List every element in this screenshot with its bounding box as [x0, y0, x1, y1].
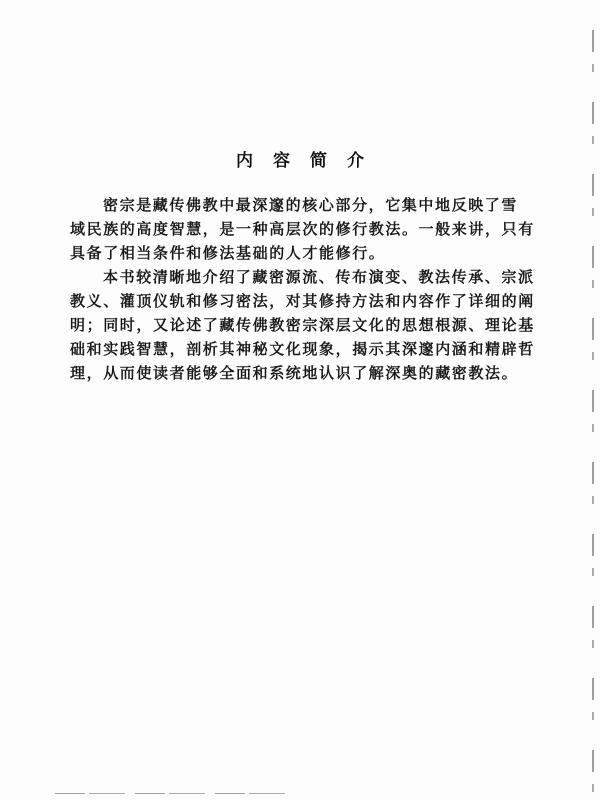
text-line: 理，从而使读者能够全面和系统地认识了解深奥的藏密教法。: [70, 361, 506, 385]
scan-artifact-bottom-edge: [55, 793, 295, 794]
synopsis-body: 密宗是藏传佛教中最深邃的核心部分，它集中地反映了雪 域民族的高度智慧，是一种高层…: [70, 193, 506, 385]
text-line: 本书较清晰地介绍了藏密源流、传布演变、教法传承、宗派: [70, 265, 506, 289]
text-line: 具备了相当条件和修法基础的人才能修行。: [70, 241, 506, 265]
paragraph-1: 密宗是藏传佛教中最深邃的核心部分，它集中地反映了雪 域民族的高度智慧，是一种高层…: [70, 193, 506, 265]
text-line: 础和实践智慧，剖析其神秘文化现象，揭示其深邃内涵和精辟哲: [70, 337, 506, 361]
scan-artifact-right-edge: [592, 0, 594, 800]
text-line: 明；同时，又论述了藏传佛教密宗深层文化的思想根源、理论基: [70, 313, 506, 337]
paragraph-2: 本书较清晰地介绍了藏密源流、传布演变、教法传承、宗派 教义、灌顶仪轨和修习密法，…: [70, 265, 506, 385]
text-line: 教义、灌顶仪轨和修习密法，对其修持方法和内容作了详细的阐: [70, 289, 506, 313]
text-line: 密宗是藏传佛教中最深邃的核心部分，它集中地反映了雪: [70, 193, 506, 217]
scanned-book-page: 内容简介 密宗是藏传佛教中最深邃的核心部分，它集中地反映了雪 域民族的高度智慧，…: [0, 0, 600, 800]
page-title: 内容简介: [0, 146, 600, 171]
text-line: 域民族的高度智慧，是一种高层次的修行教法。一般来讲，只有: [70, 217, 506, 241]
